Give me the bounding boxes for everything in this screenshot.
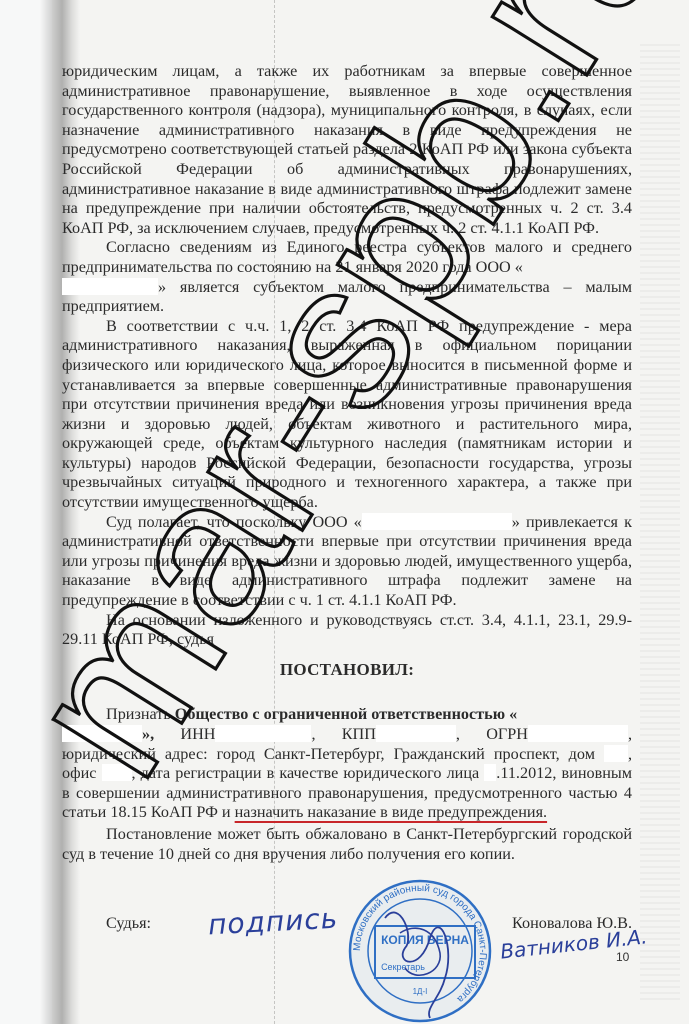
- handwritten-signature: подпись: [207, 902, 339, 942]
- inn-label: ИНН: [154, 725, 215, 743]
- paragraph-legal-basis: На основании изложенного и руководствуяс…: [62, 611, 632, 650]
- ogrn-label: , ОГРН: [456, 725, 528, 743]
- paragraph-warning-definition: В соответствии с ч.ч. 1, 2 ст. 3.4 КоАП …: [62, 317, 632, 513]
- paragraph-appeal: Постановление может быть обжаловано в Са…: [62, 825, 632, 864]
- paragraph-court-opinion: Суд полагает, что поскольку ООО «» привл…: [62, 513, 632, 611]
- redacted-inn: [215, 725, 311, 742]
- redacted-day: [484, 764, 496, 781]
- registration-label: , дата регистрации в качестве юридическо…: [132, 764, 485, 782]
- stamp-center-text: КОПИЯ ВЕРНА: [381, 933, 469, 947]
- paragraph-ruling: Признать Общество с ограниченной ответст…: [62, 705, 632, 823]
- document-body: юридическим лицам, а также их работникам…: [62, 62, 632, 864]
- page-number: 10: [616, 950, 629, 964]
- resolution-title: ПОСТАНОВИЛ:: [62, 660, 632, 680]
- redacted-kpp: [376, 725, 456, 742]
- penalty-highlight: назначить наказание в виде предупреждени…: [235, 803, 547, 821]
- redacted-company-name: [62, 725, 142, 742]
- stamp-role: Секретарь: [381, 962, 425, 972]
- stamp-code: 1Д-I: [413, 987, 428, 996]
- paragraph-registry: Согласно сведениям из Единого реестра су…: [62, 238, 632, 316]
- scan-right-noise: [640, 40, 680, 1000]
- redacted-ogrn: [528, 725, 628, 742]
- paragraph-intro: юридическим лицам, а также их работникам…: [62, 62, 632, 238]
- redacted-company-name: [362, 513, 512, 530]
- ruling-lead: Признать: [106, 705, 175, 723]
- redacted-office: [102, 764, 132, 781]
- judge-label: Судья:: [106, 914, 151, 933]
- kpp-label: , КПП: [311, 725, 375, 743]
- redacted-company-name: [62, 278, 158, 295]
- redacted-house: [604, 745, 628, 762]
- comma: ,: [628, 725, 632, 743]
- registration-date: .11.2012,: [496, 764, 556, 782]
- court-stamp-icon: Московский районный суд города Санкт-Пет…: [345, 878, 495, 1024]
- legal-address: юридический адрес: город Санкт-Петербург…: [62, 745, 604, 763]
- court-opinion-text: Суд полагает, что поскольку ООО «: [106, 513, 362, 531]
- ruling-entity-close: »,: [142, 725, 154, 743]
- registry-text: Согласно сведениям из Единого реестра су…: [62, 238, 632, 276]
- ruling-entity: Общество с ограниченной ответственностью…: [175, 705, 517, 723]
